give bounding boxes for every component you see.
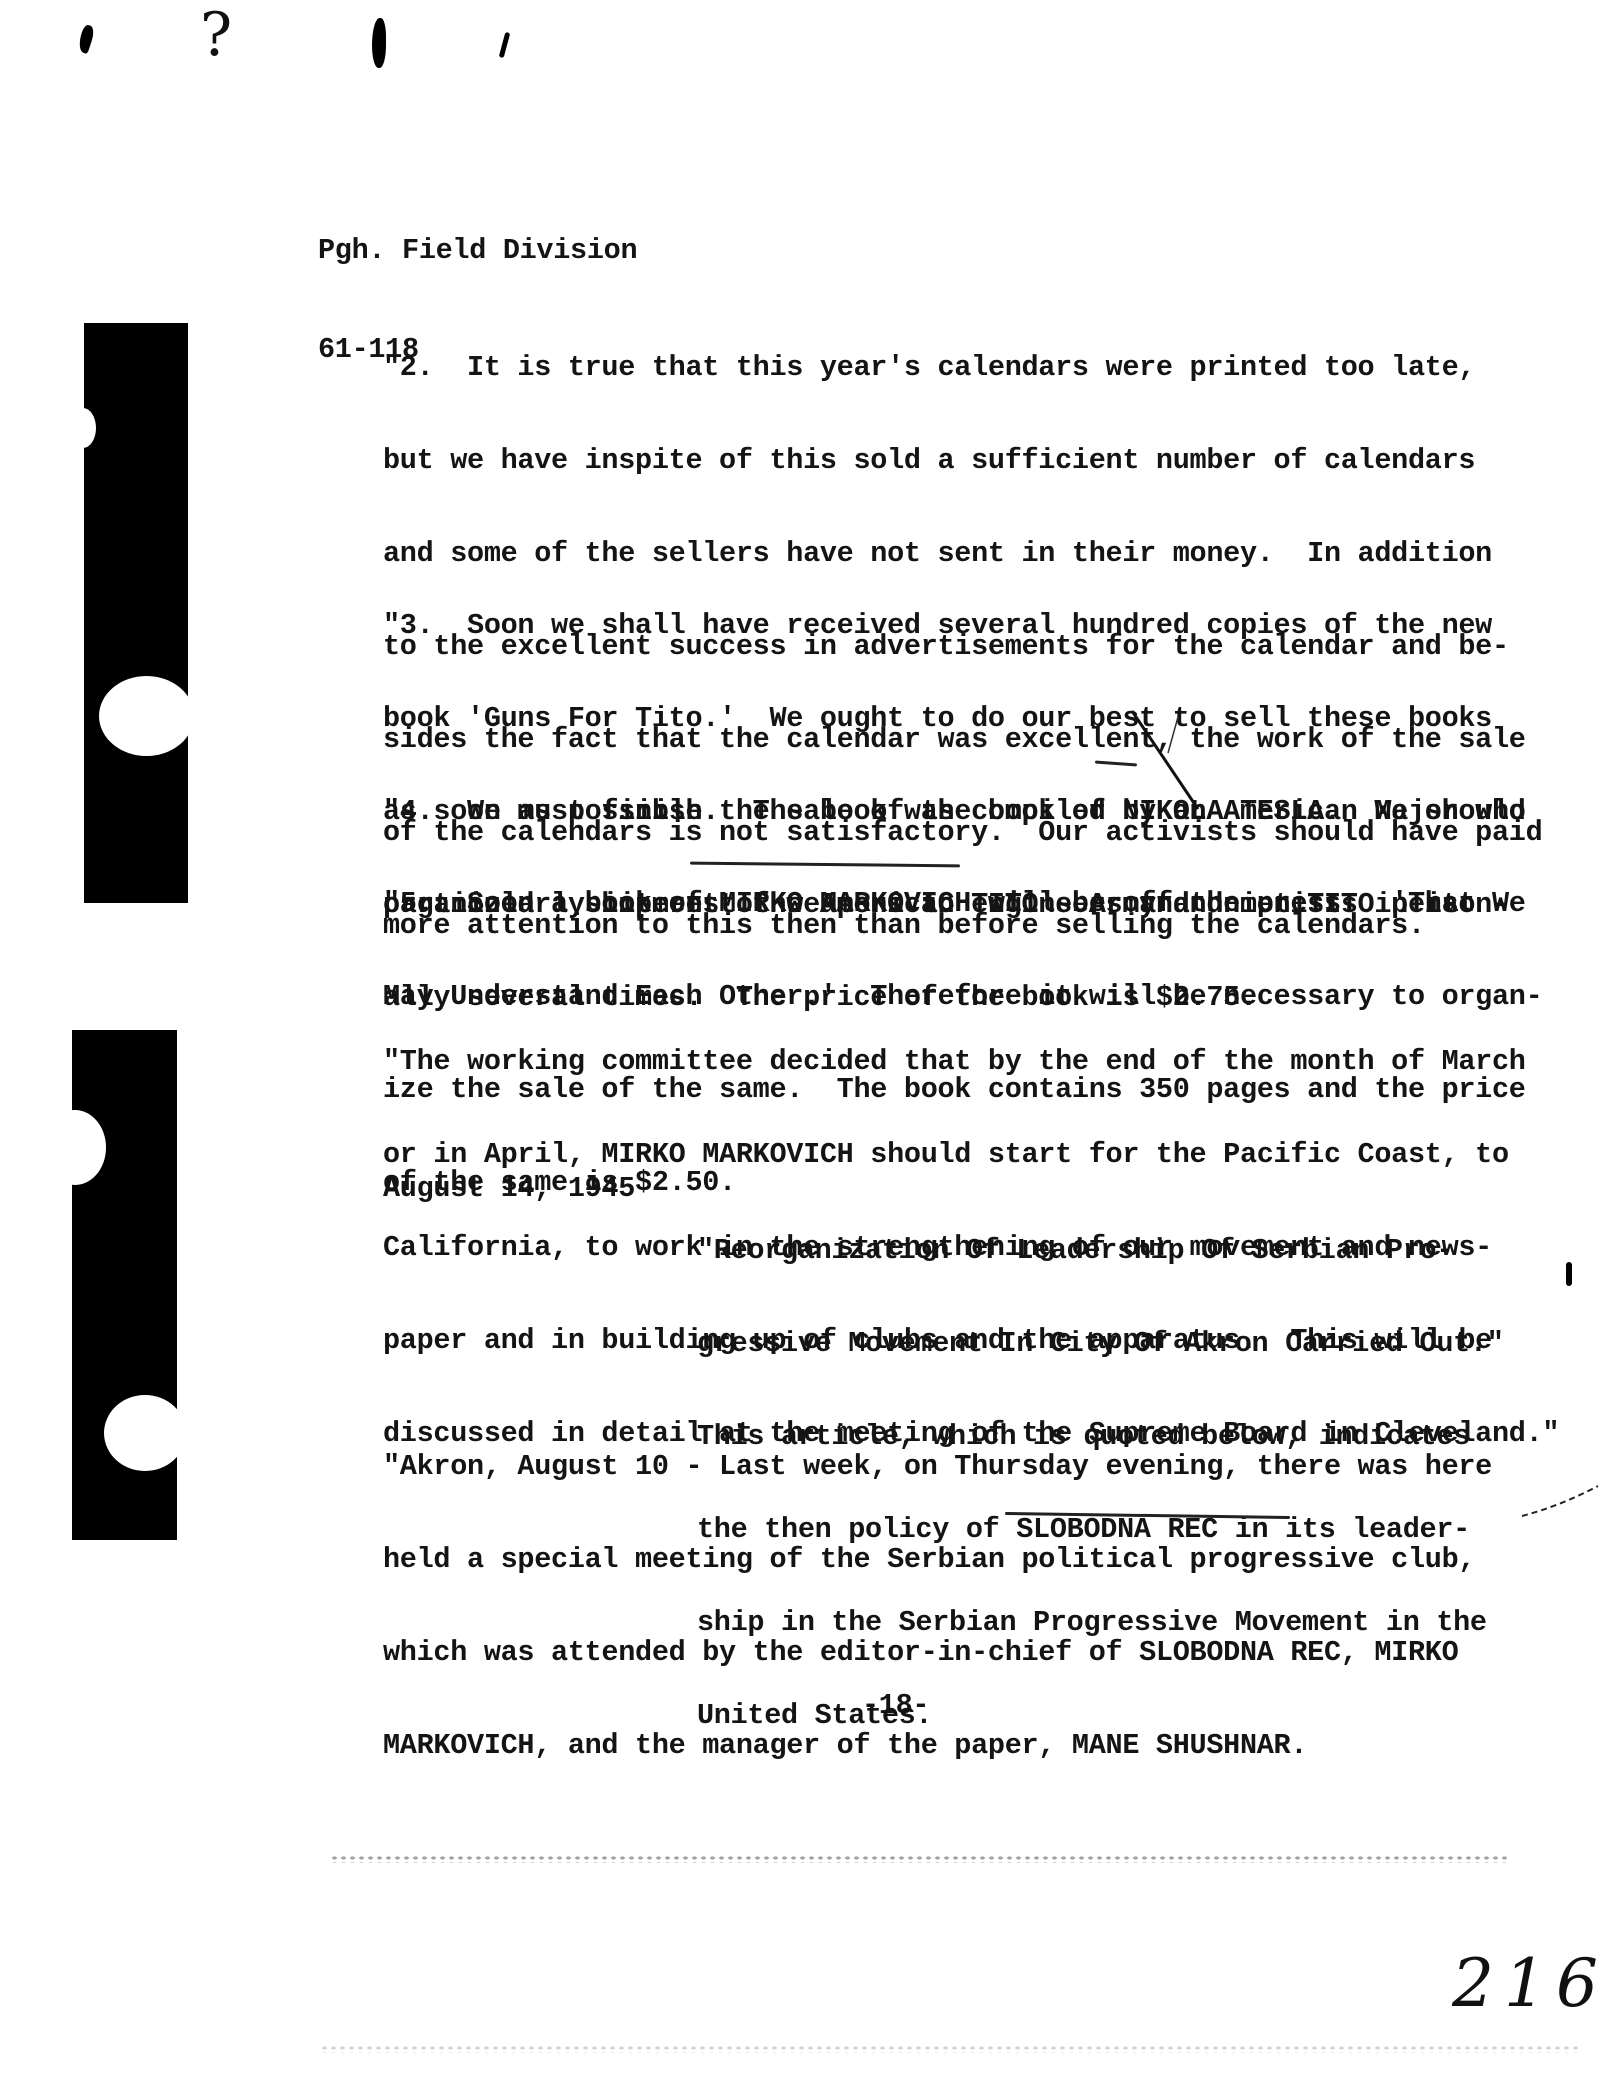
text-line: book 'Guns For Tito.' We ought to do our… bbox=[383, 703, 1526, 734]
text-line: "Akron, August 10 - Last week, on Thursd… bbox=[383, 1451, 1492, 1482]
stray-line-right bbox=[1520, 1480, 1600, 1520]
text-line: but we have inspite of this sold a suffi… bbox=[383, 445, 1542, 476]
document-page: ? Pgh. Field Division 61-118 "2. It is t… bbox=[0, 0, 1600, 2093]
text-line: "2. It is true that this year's calendar… bbox=[383, 352, 1542, 383]
quoted-article: "Akron, August 10 - Last week, on Thursd… bbox=[383, 1389, 1492, 1823]
text-line: gressive Movement In City Of Akron Carri… bbox=[697, 1328, 1504, 1359]
punch-hole-lower bbox=[104, 1395, 186, 1471]
page-number: -18- bbox=[862, 1690, 929, 1721]
text-line: "Reorganization Of Leadership Of Serbian… bbox=[697, 1235, 1504, 1266]
text-line: "5. Soon a book of MIRKO MARKOVICH will … bbox=[383, 888, 1542, 919]
text-line: MARKOVICH, and the manager of the paper,… bbox=[383, 1730, 1492, 1761]
ink-mark-top-right bbox=[372, 18, 386, 68]
ink-mark-top-left bbox=[76, 24, 96, 54]
ink-mark-top-edge bbox=[499, 32, 511, 58]
entry-date: August 14, 1945 bbox=[383, 1173, 635, 1204]
scan-noise-bottom bbox=[330, 1855, 1510, 1863]
text-line: "3. Soon we shall have received several … bbox=[383, 610, 1526, 641]
handwritten-number: 216 bbox=[1452, 1945, 1600, 2022]
ink-mark-right-edge bbox=[1566, 1262, 1572, 1286]
scan-noise-footer bbox=[320, 2045, 1580, 2053]
field-office: Pgh. Field Division bbox=[318, 234, 637, 267]
question-mark: ? bbox=[200, 0, 232, 70]
handwritten-slash-mark bbox=[1120, 705, 1210, 815]
text-line: "4. We must finish the sale of the book … bbox=[383, 796, 1526, 827]
punch-hole-upper bbox=[99, 676, 194, 756]
text-line: "The working committee decided that by t… bbox=[383, 1046, 1559, 1077]
redaction-bar-upper bbox=[84, 323, 188, 903]
text-line: or in April, MIRKO MARKOVICH should star… bbox=[383, 1139, 1559, 1170]
text-line: which was attended by the editor-in-chie… bbox=[383, 1637, 1492, 1668]
notch-lower bbox=[44, 1110, 106, 1185]
notch-upper bbox=[70, 408, 96, 448]
text-line: held a special meeting of the Serbian po… bbox=[383, 1544, 1492, 1575]
